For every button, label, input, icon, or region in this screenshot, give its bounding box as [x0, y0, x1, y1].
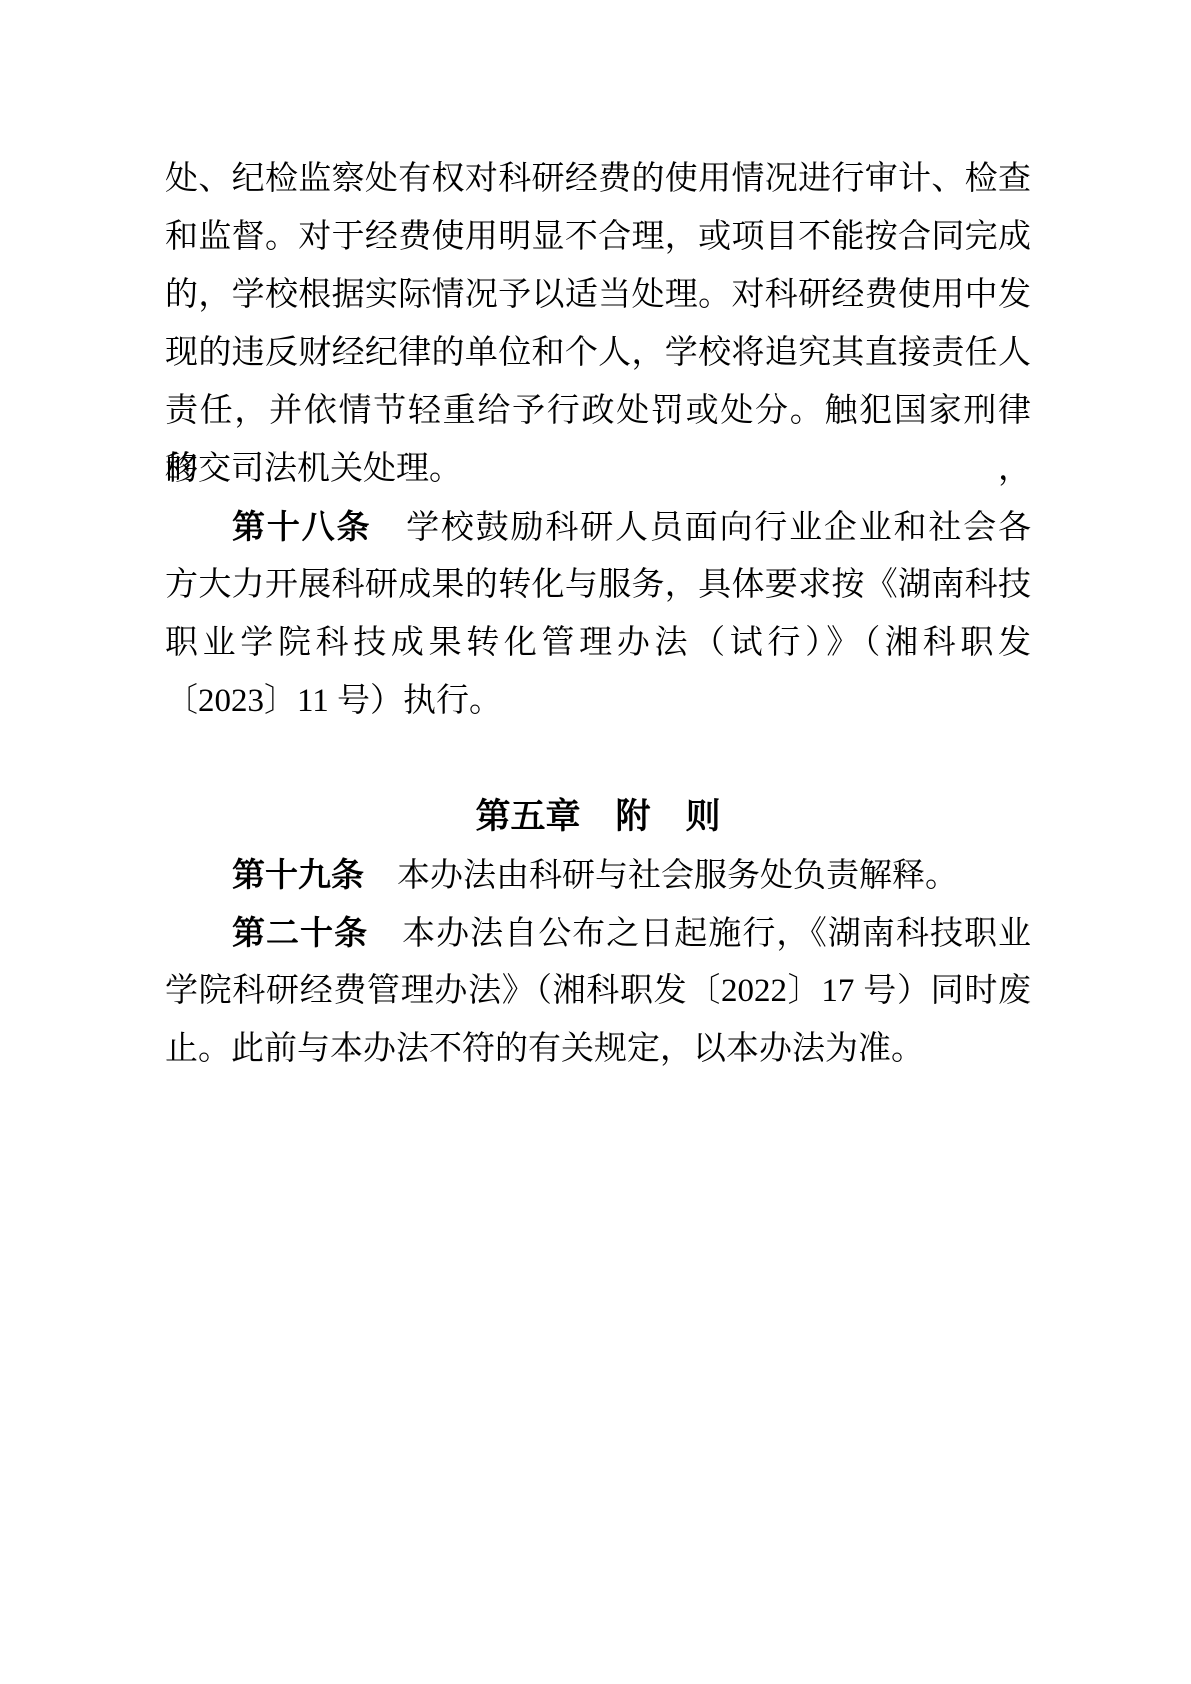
article-number-label: 第十九条 — [232, 856, 364, 893]
document-page: 处、纪检监察处有权对科研经费的使用情况进行审计、检查和监督。对于经费使用明显不合… — [0, 0, 1191, 1684]
text-run: 第五章 附 则 — [475, 797, 720, 836]
text-run: 学校鼓励科研人员面向行业企业和社会各 — [371, 510, 1031, 546]
text-line: 第十八条 学校鼓励科研人员面向行业企业和社会各 — [165, 498, 1031, 556]
text-run: 的，学校根据实际情况予以适当处理。对科研经费使用中发 — [165, 277, 1031, 313]
text-line: 〔2023〕11 号）执行。 — [165, 672, 1031, 730]
text-line: 处、纪检监察处有权对科研经费的使用情况进行审计、检查 — [165, 150, 1031, 208]
text-run: 止。此前与本办法不符的有关规定，以本办法为准。 — [165, 1031, 924, 1067]
text-line: 方大力开展科研成果的转化与服务，具体要求按《湖南科技 — [165, 556, 1031, 614]
text-line: 职业学院科技成果转化管理办法（试行）》（湘科职发 — [165, 614, 1031, 672]
text-line: 止。此前与本办法不符的有关规定，以本办法为准。 — [165, 1020, 1031, 1078]
text-line: 和监督。对于经费使用明显不合理，或项目不能按合同完成 — [165, 208, 1031, 266]
blank-line — [165, 730, 1031, 788]
text-line: 现的违反财经纪律的单位和个人，学校将追究其直接责任人 — [165, 324, 1031, 382]
text-run: 职业学院科技成果转化管理办法（试行）》（湘科职发 — [165, 625, 1031, 661]
text-run: 方大力开展科研成果的转化与服务，具体要求按《湖南科技 — [165, 567, 1031, 603]
text-run: 和监督。对于经费使用明显不合理，或项目不能按合同完成 — [165, 219, 1031, 255]
text-line: 第二十条 本办法自公布之日起施行，《湖南科技职业 — [165, 904, 1031, 962]
document-content: 处、纪检监察处有权对科研经费的使用情况进行审计、检查和监督。对于经费使用明显不合… — [165, 150, 1031, 1078]
text-run: 学院科研经费管理办法》（湘科职发〔2022〕17 号）同时废 — [165, 973, 1031, 1009]
text-line: 第十九条 本办法由科研与社会服务处负责解释。 — [165, 846, 1031, 904]
chapter-heading: 第五章 附 则 — [165, 788, 1031, 846]
text-run: 本办法由科研与社会服务处负责解释。 — [364, 858, 958, 894]
text-run: 〔2023〕11 号）执行。 — [165, 683, 502, 719]
text-run: 处、纪检监察处有权对科研经费的使用情况进行审计、检查 — [165, 161, 1031, 197]
article-number-label: 第十八条 — [232, 508, 371, 545]
text-line: 的，学校根据实际情况予以适当处理。对科研经费使用中发 — [165, 266, 1031, 324]
text-run: 移交司法机关处理。 — [165, 451, 462, 487]
text-line: 学院科研经费管理办法》（湘科职发〔2022〕17 号）同时废 — [165, 962, 1031, 1020]
article-number-label: 第二十条 — [232, 914, 368, 951]
text-line: 责任，并依情节轻重给予行政处罚或处分。触犯国家刑律的， — [165, 382, 1031, 440]
text-run: 现的违反财经纪律的单位和个人，学校将追究其直接责任人 — [165, 335, 1031, 371]
text-run: 本办法自公布之日起施行，《湖南科技职业 — [368, 916, 1031, 952]
